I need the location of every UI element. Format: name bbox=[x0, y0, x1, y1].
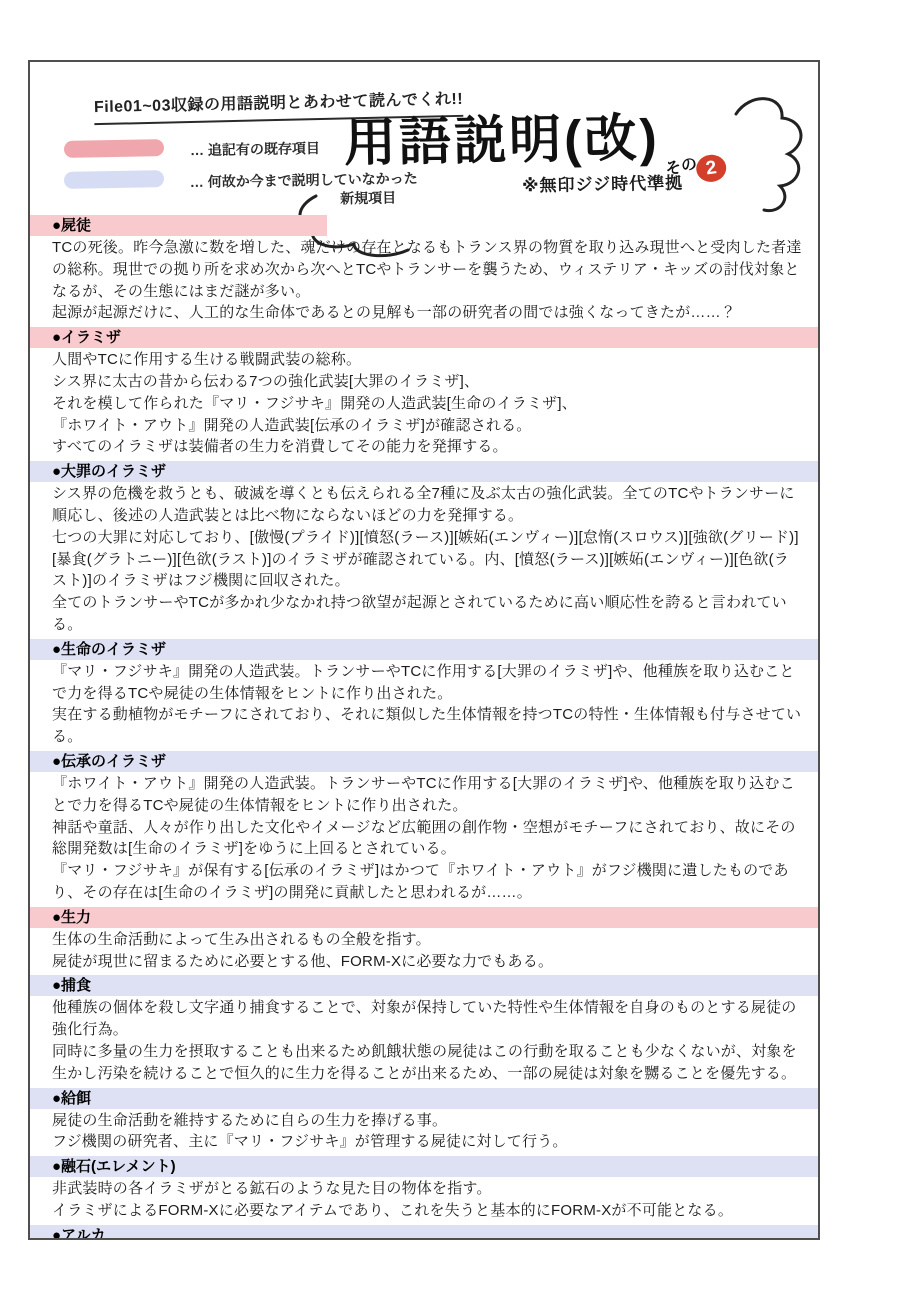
title-row: 用語説明(改)その2 bbox=[344, 98, 724, 173]
section-body: シス界の危機を救うとも、破滅を導くとも伝えられる全7種に及ぶ太古の強化武装。全て… bbox=[30, 482, 818, 637]
title-block: 用語説明(改)その2 ※無印ジジ時代準拠 bbox=[324, 84, 804, 214]
section-header: ●屍徒 bbox=[30, 215, 327, 236]
section-header: ●融石(エレメント) bbox=[30, 1156, 818, 1177]
section-title: ●屍徒 bbox=[52, 217, 91, 234]
paragraph: 他種族の個体を殺し文字通り捕食することで、対象が保持していた特性や生体情報を自身… bbox=[52, 997, 802, 1041]
section-body: 他種族の個体を殺し文字通り捕食することで、対象が保持していた特性や生体情報を自身… bbox=[30, 996, 818, 1085]
paragraph: 同時に多量の生力を摂取することも出来るため飢餓状態の屍徒はこの行動を取ることも少… bbox=[52, 1041, 802, 1085]
glossary-section: ●捕食 他種族の個体を殺し文字通り捕食することで、対象が保持していた特性や生体情… bbox=[30, 975, 818, 1085]
section-title: ●アルカ bbox=[52, 1227, 105, 1240]
section-header: ●伝承のイラミザ bbox=[30, 751, 818, 772]
section-body: 『マリ・フジサキ』開発の人造武装。トランサーやTCに作用する[大罪のイラミザ]や… bbox=[30, 660, 818, 749]
glossary-section: ●大罪のイラミザ シス界の危機を救うとも、破滅を導くとも伝えられる全7種に及ぶ太… bbox=[30, 461, 818, 637]
section-title: ●イラミザ bbox=[52, 329, 121, 346]
glossary-sections: ●屍徒 TCの死後。昨今急激に数を増した、魂だけの存在となるもトランス界の物質を… bbox=[30, 215, 818, 1240]
section-title: ●給餌 bbox=[52, 1090, 91, 1107]
document-header: File01~03収録の用語説明とあわせて読んでくれ!! … 追記有の既存項目…… bbox=[30, 62, 818, 215]
paragraph: 神話や童話、人々が作り出した文化やイメージなど広範囲の創作物・空想がモチーフにさ… bbox=[52, 817, 802, 861]
paragraph: 屍徒が現世に留まるために必要とする他、FORM-Xに必要な力でもある。 bbox=[52, 951, 802, 973]
glossary-section: ●生命のイラミザ 『マリ・フジサキ』開発の人造武装。トランサーやTCに作用する[… bbox=[30, 639, 818, 749]
paragraph: すべてのイラミザは装備者の生力を消費してその能力を発揮する。 bbox=[52, 436, 802, 458]
subtitle: ※無印ジジ時代準拠 bbox=[522, 169, 684, 197]
title-number-badge: 2 bbox=[694, 153, 727, 184]
section-header: ●給餌 bbox=[30, 1088, 818, 1109]
paragraph: 『マリ・フジサキ』開発の人造武装。トランサーやTCに作用する[大罪のイラミザ]や… bbox=[52, 661, 802, 705]
glossary-section: ●屍徒 TCの死後。昨今急激に数を増した、魂だけの存在となるもトランス界の物質を… bbox=[30, 215, 818, 325]
section-title: ●生命のイラミザ bbox=[52, 641, 166, 658]
paragraph: それを模して作られた『マリ・フジサキ』開発の人造武装[生命のイラミザ]、 bbox=[52, 393, 802, 415]
glossary-section: ●融石(エレメント) 非武装時の各イラミザがとる鉱石のような見た目の物体を指す。… bbox=[30, 1156, 818, 1223]
section-body: 生体の生命活動によって生み出されるもの全般を指す。屍徒が現世に留まるために必要と… bbox=[30, 928, 818, 974]
section-header: ●大罪のイラミザ bbox=[30, 461, 818, 482]
lavender-swatch bbox=[64, 170, 164, 189]
section-body: 『ホワイト・アウト』開発の人造武装。トランサーやTCに作用する[大罪のイラミザ]… bbox=[30, 772, 818, 905]
document-frame: File01~03収録の用語説明とあわせて読んでくれ!! … 追記有の既存項目…… bbox=[28, 60, 820, 1240]
section-header: ●生力 bbox=[30, 907, 818, 928]
paragraph: TCの死後。昨今急激に数を増した、魂だけの存在となるもトランス界の物質を取り込み… bbox=[52, 237, 802, 302]
paragraph: 『マリ・フジサキ』が保有する[伝承のイラミザ]はかつて『ホワイト・アウト』がフジ… bbox=[52, 860, 802, 904]
paragraph: シス界の危機を救うとも、破滅を導くとも伝えられる全7種に及ぶ太古の強化武装。全て… bbox=[52, 483, 802, 527]
pink-swatch bbox=[64, 139, 164, 158]
paragraph: 起源が起源だけに、人工的な生命体であるとの見解も一部の研究者の間では強くなってき… bbox=[52, 302, 802, 324]
paragraph: 人間やTCに作用する生ける戦闘武装の総称。 bbox=[52, 349, 802, 371]
glossary-section: ●給餌 屍徒の生命活動を維持するために自らの生力を捧げる事。フジ機関の研究者、主… bbox=[30, 1088, 818, 1155]
paragraph: 非武装時の各イラミザがとる鉱石のような見た目の物体を指す。 bbox=[52, 1178, 802, 1200]
section-header: ●アルカ bbox=[30, 1225, 818, 1240]
glossary-section: ●生力 生体の生命活動によって生み出されるもの全般を指す。屍徒が現世に留まるため… bbox=[30, 907, 818, 974]
paragraph: 屍徒の生命活動を維持するために自らの生力を捧げる事。 bbox=[52, 1110, 802, 1132]
paragraph: フジ機関の研究者、主に『マリ・フジサキ』が管理する屍徒に対して行う。 bbox=[52, 1131, 802, 1153]
section-header: ●捕食 bbox=[30, 975, 818, 996]
paragraph: イラミザによるFORM-Xに必要なアイテムであり、これを失うと基本的にFORM-… bbox=[52, 1200, 802, 1222]
paragraph: 七つの大罪に対応しており、[傲慢(プライド)][憤怒(ラース)][嫉妬(エンヴィ… bbox=[52, 527, 802, 592]
section-body: 非武装時の各イラミザがとる鉱石のような見た目の物体を指す。イラミザによるFORM… bbox=[30, 1177, 818, 1223]
legend-label: … 追記有の既存項目 bbox=[190, 139, 320, 160]
section-header: ●イラミザ bbox=[30, 327, 818, 348]
section-header: ●生命のイラミザ bbox=[30, 639, 818, 660]
section-body: 屍徒の生命活動を維持するために自らの生力を捧げる事。フジ機関の研究者、主に『マリ… bbox=[30, 1109, 818, 1155]
paragraph: 『ホワイト・アウト』開発の人造武装。トランサーやTCに作用する[大罪のイラミザ]… bbox=[52, 773, 802, 817]
section-title: ●伝承のイラミザ bbox=[52, 753, 166, 770]
paragraph: 生体の生命活動によって生み出されるもの全般を指す。 bbox=[52, 929, 802, 951]
paragraph: 実在する動植物がモチーフにされており、それに類似した生体情報を持つTCの特性・生… bbox=[52, 704, 802, 748]
section-body: 人間やTCに作用する生ける戦闘武装の総称。シス界に太古の昔から伝わる7つの強化武… bbox=[30, 348, 818, 459]
glossary-section: ●イラミザ 人間やTCに作用する生ける戦闘武装の総称。シス界に太古の昔から伝わる… bbox=[30, 327, 818, 459]
paragraph: シス界に太古の昔から伝わる7つの強化武装[大罪のイラミザ]、 bbox=[52, 371, 802, 393]
section-title: ●融石(エレメント) bbox=[52, 1158, 176, 1175]
section-title: ●捕食 bbox=[52, 977, 91, 994]
section-body: TCの死後。昨今急激に数を増した、魂だけの存在となるもトランス界の物質を取り込み… bbox=[30, 236, 818, 325]
section-title: ●大罪のイラミザ bbox=[52, 463, 166, 480]
page-title: 用語説明(改) bbox=[343, 95, 660, 175]
glossary-section: ●伝承のイラミザ 『ホワイト・アウト』開発の人造武装。トランサーやTCに作用する… bbox=[30, 751, 818, 905]
paragraph: 全てのトランサーやTCが多かれ少なかれ持つ欲望が起源とされているために高い順応性… bbox=[52, 592, 802, 636]
glossary-section: ●アルカ 生体情報をも記録することが出来る小型の生ける記憶装置。ウィステリア・キ… bbox=[30, 1225, 818, 1240]
paragraph: 『ホワイト・アウト』開発の人造武装[伝承のイラミザ]が確認される。 bbox=[52, 415, 802, 437]
section-title: ●生力 bbox=[52, 909, 91, 926]
